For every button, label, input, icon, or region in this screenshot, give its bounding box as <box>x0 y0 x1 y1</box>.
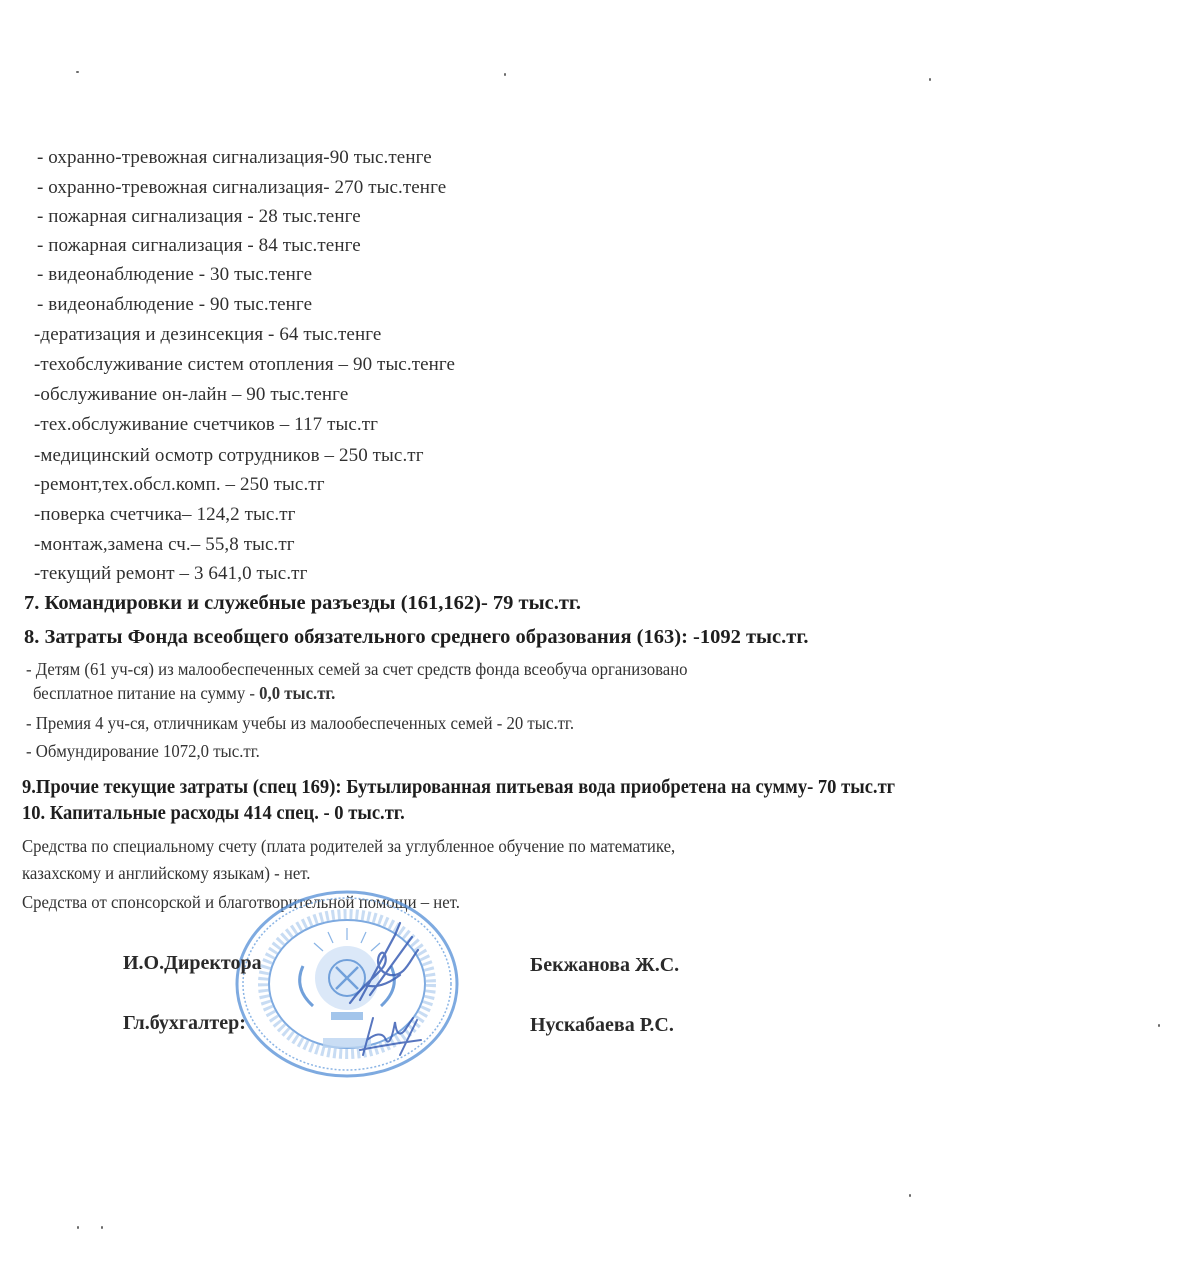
scan-speck <box>929 78 931 81</box>
expense-item: -обслуживание он-лайн – 90 тыс.тенге <box>34 385 348 404</box>
director-signature-icon <box>340 915 430 1010</box>
expense-item: - пожарная сигнализация - 28 тыс.тенге <box>37 207 361 226</box>
document-page: - охранно-тревожная сигнализация-90 тыс.… <box>0 0 1200 1275</box>
expense-item: -тех.обслуживание счетчиков – 117 тыс.тг <box>34 415 378 434</box>
scan-speck <box>1158 1024 1160 1027</box>
meals-amount: 0,0 тыс.тг. <box>259 683 335 703</box>
accountant-title: Гл.бухгалтер: <box>123 1013 246 1033</box>
expense-item: -техобслуживание систем отопления – 90 т… <box>34 355 455 374</box>
expense-item: -дератизация и дезинсекция - 64 тыс.тенг… <box>34 325 381 344</box>
scan-speck <box>909 1194 911 1197</box>
expense-item: -медицинский осмотр сотрудников – 250 ты… <box>34 446 424 465</box>
expense-item: - охранно-тревожная сигнализация- 270 ты… <box>37 178 446 197</box>
expense-item: -ремонт,тех.обсл.комп. – 250 тыс.тг <box>34 475 325 494</box>
section-7-heading: 7. Командировки и служебные разъезды (16… <box>24 593 581 614</box>
accountant-signature-icon <box>355 1010 425 1062</box>
expense-item: - охранно-тревожная сигнализация-90 тыс.… <box>37 148 432 167</box>
special-account-line-2: казахскому и английскому языкам) - нет. <box>22 864 311 882</box>
special-account-line-1: Средства по специальному счету (плата ро… <box>22 837 675 855</box>
director-title: И.О.Директора <box>123 953 262 973</box>
section-8-meals-line-2: бесплатное питание на сумму - 0,0 тыс.тг… <box>33 684 335 702</box>
scan-speck <box>504 73 506 76</box>
expense-item: -текущий ремонт – 3 641,0 тыс.тг <box>34 564 307 583</box>
expense-item: - пожарная сигнализация - 84 тыс.тенге <box>37 236 361 255</box>
director-name: Бекжанова Ж.С. <box>530 955 679 975</box>
section-8-heading: 8. Затраты Фонда всеобщего обязательного… <box>24 627 808 648</box>
section-9-heading: 9.Прочие текущие затраты (спец 169): Бут… <box>22 777 895 798</box>
expense-item: -монтаж,замена сч.– 55,8 тыс.тг <box>34 535 295 554</box>
meals-text: бесплатное питание на сумму - <box>33 683 259 703</box>
accountant-name: Нускабаева Р.С. <box>530 1015 674 1035</box>
section-8-meals-line: - Детям (61 уч-ся) из малообеспеченных с… <box>26 660 688 678</box>
expense-item: -поверка счетчика– 124,2 тыс.тг <box>34 505 296 524</box>
scan-speck <box>76 71 79 73</box>
expense-item: - видеонаблюдение - 90 тыс.тенге <box>37 295 312 314</box>
section-8-uniform-line: - Обмундирование 1072,0 тыс.тг. <box>26 742 260 760</box>
expense-item: - видеонаблюдение - 30 тыс.тенге <box>37 265 312 284</box>
scan-speck <box>101 1226 103 1229</box>
scan-speck <box>77 1226 79 1229</box>
section-10-heading: 10. Капитальные расходы 414 спец. - 0 ты… <box>22 803 405 824</box>
section-8-bonus-line: - Премия 4 уч-ся, отличникам учебы из ма… <box>26 714 574 732</box>
